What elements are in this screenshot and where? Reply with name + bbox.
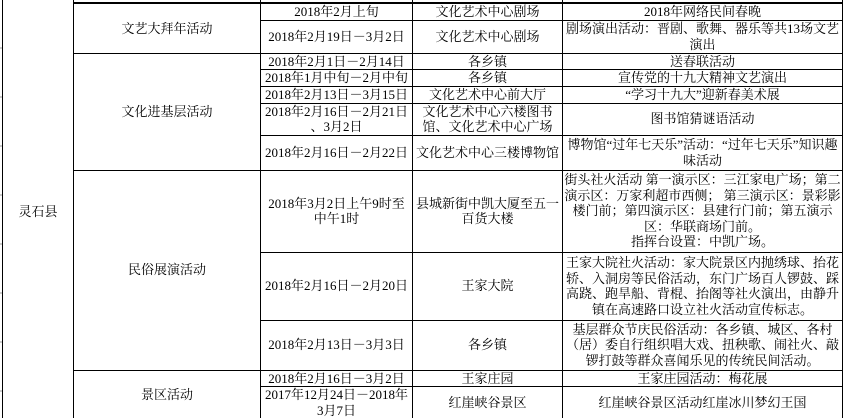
activity-cell: 王家大院社火活动：家大院景区内抛绣球、抬花轿、入洞房等民俗活动，东门广场百人锣鼓…: [563, 252, 843, 320]
activity-cell: 基层群众节庆民俗活动：各乡镇、城区、各村（居）委自行组织唱大戏、扭秧歌、闹社火、…: [563, 320, 843, 370]
category-cell-minsu: 民俗展演活动: [74, 170, 261, 370]
table-row: 民俗展演活动 2018年3月2日上午9时至中午1时 县城新街中凯大厦至五一百货大…: [3, 170, 843, 252]
table-row: 景区活动 2018年2月16日－3月2日 王家庄园 王家庄园活动：梅花展: [3, 370, 843, 387]
county-cell: 灵石县: [3, 0, 74, 418]
location-cell: 各乡镇: [413, 53, 563, 70]
date-cell: 2017年12月24日－2018年 3月7日: [261, 387, 413, 418]
date-cell: 2018年2月16日－2月20日: [261, 252, 413, 320]
date-cell: 2018年2月1日－2月14日: [261, 53, 413, 70]
date-cell: 2018年1月中旬－2月中旬: [261, 70, 413, 87]
location-cell: 文化艺术中心三楼博物馆: [413, 135, 563, 170]
table-row: 文化进基层活动 2018年2月1日－2月14日 各乡镇 送春联活动: [3, 53, 843, 70]
location-cell: 各乡镇: [413, 70, 563, 87]
screenshot-root: 灵石县 文艺大拜年活动 2018年2月上旬 文化艺术中心剧场 2018年网络民间…: [0, 0, 843, 418]
date-cell: 2018年2月13日－3月3日: [261, 320, 413, 370]
date-cell: 2018年2月19日－3月2日: [261, 20, 413, 53]
location-cell: 文化艺术中心剧场: [413, 3, 563, 20]
activity-cell: 王家庄园活动：梅花展: [563, 370, 843, 387]
table-row: 文艺大拜年活动 2018年2月上旬 文化艺术中心剧场 2018年网络民间春晚: [3, 3, 843, 20]
activity-cell: 图书馆猜谜语活动: [563, 103, 843, 135]
activity-cell: 街头社火活动 第一演示区：三江家电广场；第二演示区：万家利超市西侧； 第三演示区…: [563, 170, 843, 252]
location-cell: 红崖峡谷景区: [413, 387, 563, 418]
date-cell: 2018年2月16日－3月2日: [261, 370, 413, 387]
date-cell: 2018年2月上旬: [261, 3, 413, 20]
date-cell: 2018年2月16日－2月22日: [261, 135, 413, 170]
activity-cell: 宣传党的十九大精神文艺演出: [563, 70, 843, 87]
location-cell: 文化艺术中心剧场: [413, 20, 563, 53]
location-cell: 王家大院: [413, 252, 563, 320]
location-cell: 县城新街中凯大厦至五一百货大楼: [413, 170, 563, 252]
activity-cell: 送春联活动: [563, 53, 843, 70]
location-cell: 王家庄园: [413, 370, 563, 387]
category-cell-wenyi: 文艺大拜年活动: [74, 3, 261, 53]
location-cell: 文化艺术中心前大厅: [413, 86, 563, 103]
activity-cell: 博物馆“过年七天乐”活动：“过年七天乐”知识趣味活动: [563, 135, 843, 170]
activities-table: 灵石县 文艺大拜年活动 2018年2月上旬 文化艺术中心剧场 2018年网络民间…: [2, 0, 843, 418]
category-cell-jingqu: 景区活动: [74, 370, 261, 418]
activity-cell: “学习十九大”迎新春美术展: [563, 86, 843, 103]
date-cell: 2018年2月13日－3月15日: [261, 86, 413, 103]
activity-cell: 红崖峡谷景区活动红崖冰川梦幻王国: [563, 387, 843, 418]
activity-cell: 2018年网络民间春晚: [563, 3, 843, 20]
location-cell: 文化艺术中心六楼图书馆、文化艺术中心广场: [413, 103, 563, 135]
location-cell: 各乡镇: [413, 320, 563, 370]
date-cell: 2018年3月2日上午9时至中午1时: [261, 170, 413, 252]
category-cell-jiceng: 文化进基层活动: [74, 53, 261, 170]
date-cell: 2018年2月16日－2月21日 、3月2日: [261, 103, 413, 135]
activity-cell: 剧场演出活动：晋剧、歌舞、器乐等共13场文艺演出: [563, 20, 843, 53]
